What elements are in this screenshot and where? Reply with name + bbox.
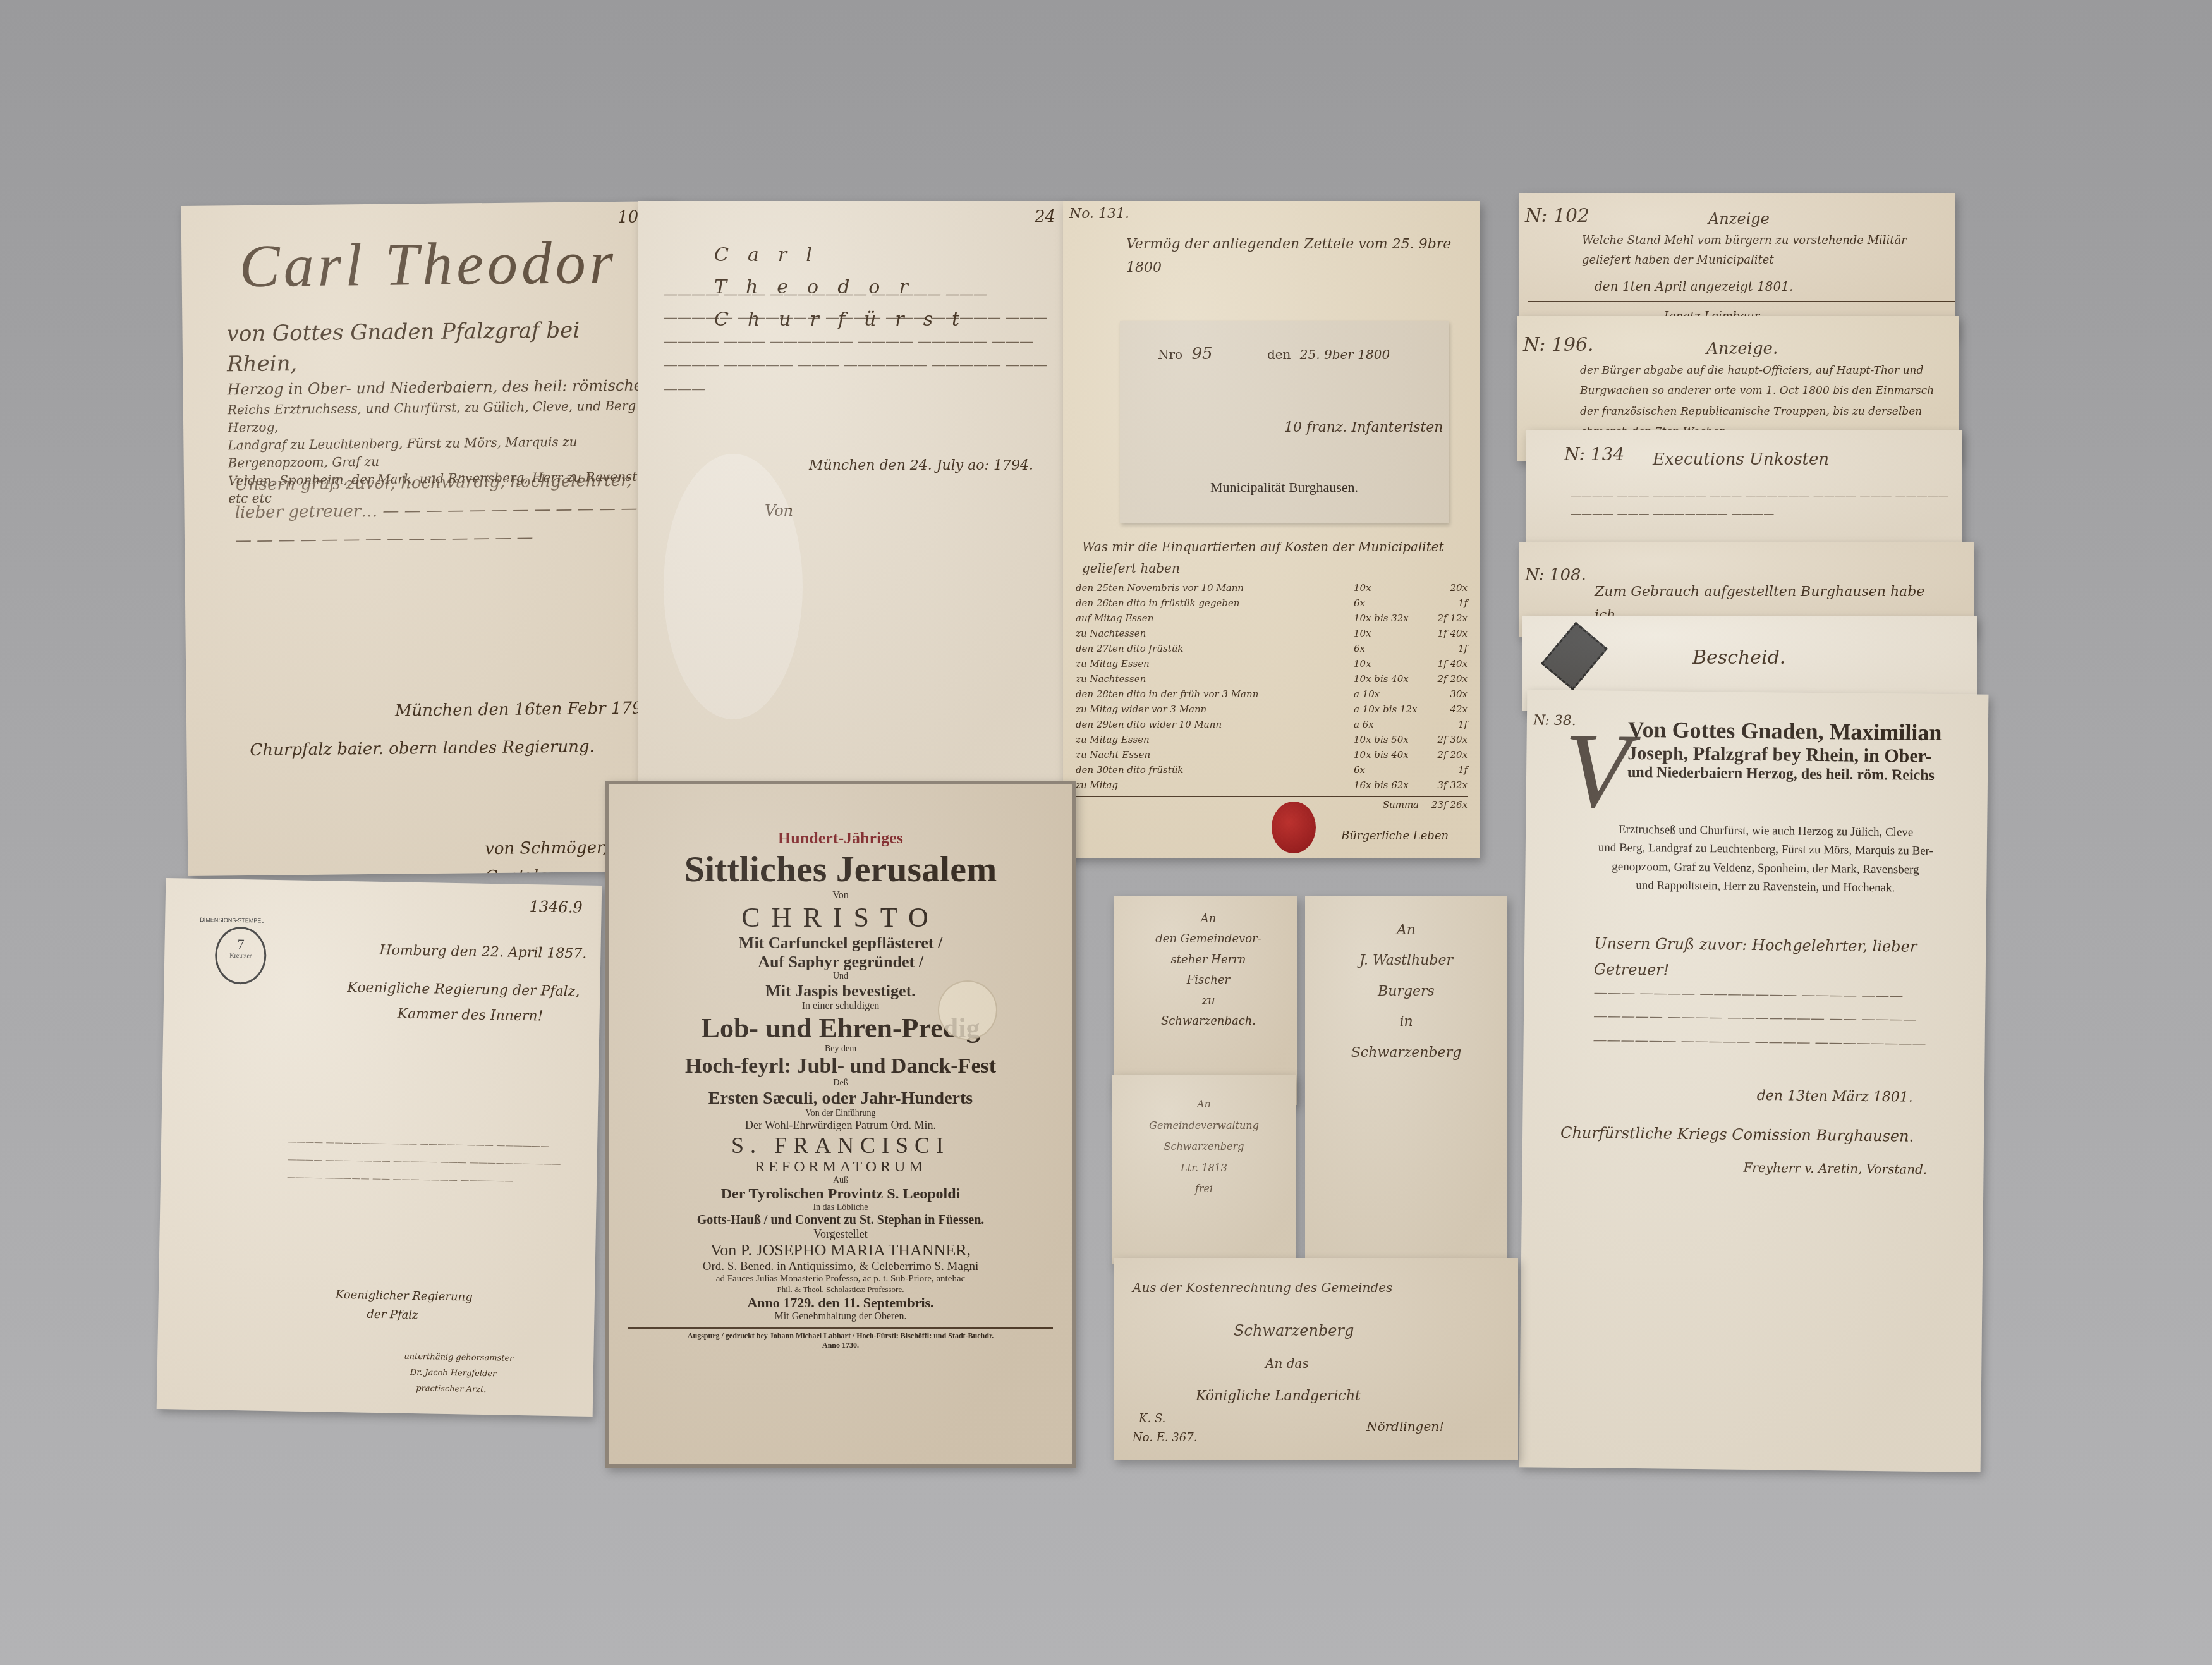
sum-row: Summa 23f 26x (1076, 796, 1468, 814)
addressee-line: Kammer des Innern! (397, 1002, 543, 1028)
folio-number: 24 (1035, 207, 1055, 226)
title-line: Anno 1729. den 11. Septembris. (628, 1295, 1053, 1311)
sum-value: 23f 26x (1431, 797, 1468, 814)
table-row: den 30ten dito früstük6x1f (1076, 762, 1468, 778)
stamp-value: 7 (217, 936, 264, 953)
title-line: CHRISTO (628, 901, 1053, 934)
address-line: An (1133, 909, 1284, 929)
folded-letter-2: An Gemeindeverwaltung Schwarzenberg Ltr.… (1112, 1075, 1296, 1264)
table-rule (1528, 301, 1955, 302)
title-line: Der Wohl-Ehrwürdigen Patrum Ord. Min. (628, 1119, 1053, 1132)
title-line: Gotts-Hauß / und Convent zu St. Stephan … (628, 1213, 1053, 1228)
address-line: in (1318, 1007, 1495, 1037)
table-row: den 25ten Novembris vor 10 Mann10x20x (1076, 580, 1468, 595)
titulature-line: Reichs Erztruchsess, und Churfürst, zu G… (228, 396, 658, 436)
table-row: zu Mitag wider vor 3 Manna 10x bis 12x42… (1076, 702, 1468, 717)
folded-letter-1: An den Gemeindevor- steher Herrn Fischer… (1114, 896, 1297, 1105)
address-line: Burgers (1318, 977, 1495, 1007)
title-page-text: Hundert-Jähriges Sittliches Jerusalem Vo… (628, 829, 1053, 1350)
execution-134: N: 134 Executions Unkosten ———— ——— ————… (1526, 430, 1962, 556)
water-stain (664, 454, 803, 719)
greeting: Unsern Gruß zuvor: Hochgelehrter, lieber… (1594, 930, 1948, 985)
decorated-initial: V (1564, 709, 1631, 833)
stamp-unit: Kreutzer (217, 952, 264, 960)
table-row: zu Mitag Essen10x bis 50x2f 30x (1076, 732, 1468, 747)
printed-heading: Von Gottes Gnaden, Maximilian Joseph, Pf… (1627, 716, 1969, 785)
doc-title: Executions Unkosten (1653, 446, 1829, 473)
address-line: Fischer (1133, 970, 1284, 991)
title-line: Sittliches Jerusalem (628, 848, 1053, 890)
header-line: Vermög der anliegenden Zettele vom 25. 9… (1126, 233, 1455, 280)
table-row: den 26ten dito in früstük gegeben6x1f (1076, 595, 1468, 611)
heading-line: Joseph, Pfalzgraf bey Rhein, in Ober- (1627, 743, 1969, 768)
address-line: Schwarzenberg (1125, 1136, 1283, 1157)
authority-line: Churfürstliche Kriegs Comission Burghaus… (1560, 1120, 1914, 1150)
red-wax-seal (1272, 802, 1316, 853)
handwritten-body: ——— ———— ——————— ———— ——— ————— ———— ———… (1593, 981, 1947, 1056)
municipality-account-1800: No. 131. Vermög der anliegenden Zettele … (1063, 201, 1480, 858)
heading-line: Von Gottes Gnaden, Maximilian (1628, 716, 1969, 747)
signature-line: Dr. Jacob Hergfelder (410, 1366, 497, 1381)
address-line: frei (1125, 1178, 1283, 1200)
slip-amount: 10 franz. Infanteristen (1284, 416, 1443, 439)
titulature-line: von Gottes Gnaden Pfalzgraf bei Rhein, (226, 315, 657, 379)
address-line: Gemeindeverwaltung (1125, 1115, 1283, 1137)
title-line: Ersten Sæculi, oder Jahr-Hunderts (628, 1089, 1053, 1109)
table-row: den 28ten dito in der früh vor 3 Manna 1… (1076, 686, 1468, 702)
slip-printed-footer: Municipalität Burghausen. (1120, 479, 1449, 496)
title-line: Von (628, 890, 1053, 901)
address-line: An (1125, 1094, 1283, 1115)
doc-number: N: 196. (1523, 329, 1594, 361)
title-line: Deß (628, 1078, 1053, 1089)
address-line: Schwarzenbach. (1133, 1011, 1284, 1032)
sum-label: Summa (1383, 797, 1419, 814)
reference: K. S. (1139, 1410, 1165, 1429)
heading-line: und Rappoltstein, Herr zu Ravenstein, un… (1563, 875, 1967, 898)
table-row: zu Nachtessen10x bis 40x2f 20x (1076, 671, 1468, 686)
imprint-year: Anno 1730. (628, 1341, 1053, 1350)
slip-date: 25. 9ber 1800 (1300, 347, 1390, 362)
address-block: An den Gemeindevor- steher Herrn Fischer… (1133, 909, 1284, 1032)
title-line: Der Tyrolischen Provintz S. Leopoldi (628, 1186, 1053, 1203)
title-line: In das Löbliche (628, 1203, 1053, 1213)
folded-letter-3: An J. Wastlhuber Burgers in Schwarzenber… (1305, 896, 1507, 1276)
address-line: Nördlingen! (1366, 1416, 1444, 1437)
table-intro: Was mir die Einquartierten auf Kosten de… (1082, 536, 1461, 579)
date-line: München den 24. July ao: 1794. (809, 454, 1033, 477)
doc-title: Anzeige. (1706, 335, 1778, 363)
handwritten-body: ———— ——————— ——— ————— ——— —————— ———— —… (287, 1133, 578, 1191)
account-table: den 25ten Novembris vor 10 Mann10x20x de… (1076, 580, 1468, 814)
title-line: Mit Genehmhaltung der Oberen. (628, 1311, 1053, 1322)
signatory: Freyherr v. Aretin, Vorstand. (1743, 1157, 1927, 1180)
authority-line: Churpfalz baier. obern landes Regierung. (250, 733, 595, 764)
address-line: steher Herrn (1133, 950, 1284, 970)
title-line: Auf Saphyr gegründet / (628, 953, 1053, 972)
title-line: Von der Einführung (628, 1109, 1053, 1119)
address-line: Schwarzenberg (1318, 1038, 1495, 1068)
printed-subheading: Erztruchseß und Churfürst, wie auch Herz… (1563, 820, 1968, 898)
date-line: München den 16ten Febr 179. (395, 694, 648, 724)
envelope-schwarzenberg: Aus der Kostenrechnung des Gemeindes Sch… (1114, 1258, 1518, 1460)
slip-number: 95 (1191, 345, 1212, 363)
address-line: Schwarzenberg (1234, 1318, 1354, 1344)
requisition-slip: Nro 95 den 25. 9ber 1800 10 franz. Infan… (1120, 321, 1449, 523)
signature-line: unterthänig gehorsamster (404, 1350, 514, 1366)
address-block: An Gemeindeverwaltung Schwarzenberg Ltr.… (1125, 1094, 1283, 1200)
reference: No. E. 367. (1133, 1429, 1197, 1448)
doc-number: N: 108. (1525, 561, 1586, 589)
closing-line: der Pfalz (367, 1305, 418, 1326)
tax-stamp (1541, 622, 1608, 690)
table-row: zu Nachtessen10x1f 40x (1076, 626, 1468, 641)
address-block: An J. Wastlhuber Burgers in Schwarzenber… (1318, 915, 1495, 1068)
title-line: Phil. & Theol. Scholasticæ Professore. (628, 1284, 1053, 1295)
address-line: den Gemeindevor- (1133, 929, 1284, 949)
table-row: auf Mitag Essen10x bis 32x2f 12x (1076, 611, 1468, 626)
title-line: ad Fauces Julias Monasterio Professo, ac… (628, 1274, 1053, 1284)
doc-number: N: 134 (1564, 439, 1624, 470)
folio-number: 1346.9 (529, 894, 583, 920)
title-line: Und (628, 972, 1053, 982)
title-line: Auß (628, 1176, 1053, 1186)
folio-number: No. 131. (1069, 206, 1129, 222)
place-date: Homburg den 22. April 1857. (379, 939, 587, 966)
title-line: Bey dem (628, 1044, 1053, 1054)
date-line: den 13ten März 1801. (1757, 1084, 1913, 1109)
table-row: zu Mitag Essen10x1f 40x (1076, 656, 1468, 671)
title-page-1729: Hundert-Jähriges Sittliches Jerusalem Vo… (605, 781, 1076, 1468)
closing-line: Koeniglicher Regierung (336, 1286, 473, 1307)
table-row: zu Nacht Essen10x bis 40x2f 20x (1076, 747, 1468, 762)
doc-number: N: 102 (1525, 200, 1589, 232)
address-line: An (1318, 915, 1495, 946)
signature-line: practischer Arzt. (416, 1382, 486, 1397)
addressee-line: Koenigliche Regierung der Pfalz, (347, 976, 580, 1004)
homburg-letter-1857: 1346.9 7 Kreutzer DIMENSIONS-STEMPEL Hom… (157, 878, 602, 1417)
imprint: Augspurg / gedruckt bey Johann Michael L… (628, 1331, 1053, 1341)
doc-date: den 1ten April angezeigt 1801. (1595, 276, 1793, 297)
title-line: Hoch-feyrl: Jubl- und Danck-Fest (628, 1054, 1053, 1078)
title-line: Vorgestellet (628, 1228, 1053, 1241)
table-row: zu Mitag16x bis 62x3f 32x (1076, 778, 1468, 793)
signature: Bürgerliche Leben (1341, 827, 1449, 846)
handwritten-body: Unsern gruß zuvor, hochwürdig, hochgeleh… (234, 467, 640, 555)
stamp-caption: DIMENSIONS-STEMPEL (200, 917, 264, 924)
heading-line: und Niederbaiern Herzog, des heil. röm. … (1627, 764, 1969, 785)
title-line: Von P. JOSEPHO MARIA THANNER, (628, 1241, 1053, 1260)
doc-body: ———— ——— ————— ——— —————— ———— ——— —————… (1571, 487, 1950, 523)
faded-seal (938, 980, 997, 1040)
title-line: REFORMATORUM (628, 1159, 1053, 1176)
address-line: Ltr. 1813 (1125, 1157, 1283, 1179)
karl-theodor-decree: 107 Carl Theodor von Gottes Gnaden Pfalz… (181, 201, 681, 876)
doc-title: Anzeige (1708, 206, 1770, 232)
handwritten-body: ———— ——— ——————— ————— ——— ————— —————— … (664, 283, 1049, 401)
doc-title: Bescheid. (1692, 642, 1785, 674)
address-line: An das (1265, 1353, 1309, 1374)
title-line: Hundert-Jähriges (628, 829, 1053, 848)
address-line: Königliche Landgericht (1196, 1384, 1361, 1408)
title-line: Ord. S. Bened. in Antiquissimo, & Celebe… (628, 1260, 1053, 1274)
address-line: J. Wastlhuber (1318, 946, 1495, 976)
title-line: S. FRANCISCI (628, 1132, 1053, 1159)
table-row: den 29ten dito wider 10 Manna 6x1f (1076, 717, 1468, 732)
title-line: Mit Carfunckel gepflästeret / (628, 934, 1053, 953)
dimensions-stamp: 7 Kreutzer (214, 926, 267, 984)
slip-date-prefix: den (1267, 347, 1291, 362)
imprint-rule (628, 1327, 1053, 1329)
address-line: Aus der Kostenrechnung des Gemeindes (1133, 1277, 1392, 1298)
slip-number-row: Nro 95 den 25. 9ber 1800 (1158, 340, 1390, 368)
table-row: den 27ten dito früstük6x1f (1076, 641, 1468, 656)
slip-number-label: Nro (1158, 347, 1182, 362)
calligraphic-heading: Carl Theodor (194, 226, 662, 302)
karl-theodor-letter-1794: 24 Carl Theodor Churfürst ———— ——— —————… (638, 201, 1068, 789)
address-line: zu (1133, 991, 1284, 1011)
doc-body: Welche Stand Mehl vom bürgern zu vorsteh… (1582, 231, 1911, 270)
titulature-line: Landgraf zu Leuchtenberg, Fürst zu Mörs,… (228, 432, 658, 472)
max-joseph-decree-1801: N: 38. V Von Gottes Gnaden, Maximilian J… (1519, 690, 1989, 1472)
